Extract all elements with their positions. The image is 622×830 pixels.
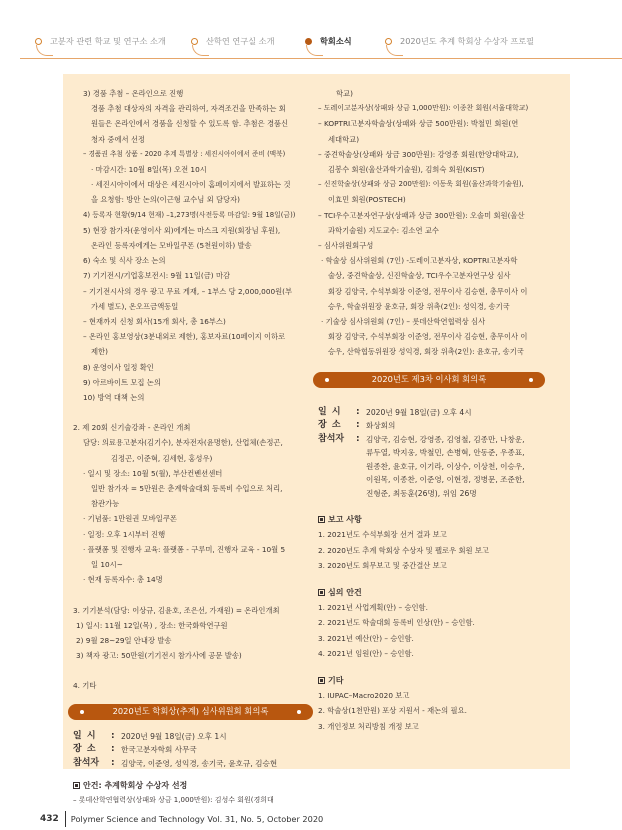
text-line: 김정곤, 이준혁, 김세현, 홍성우) — [73, 451, 313, 466]
square-bullet-icon — [73, 782, 80, 789]
text-line: 승우, 학술위원장 윤호규, 회장 위촉(2인): 성익경, 송기국 — [318, 299, 558, 314]
meta-label: 일 시 — [73, 730, 111, 744]
text-line: – 온라인 홍보영상(3분내외로 제한), 홍보자료(10페이지 이하로 — [73, 329, 313, 344]
text-line: 술상, 중견학술상, 신진학술상, TCI우수고분자연구상 심사 — [318, 268, 558, 283]
list-item: 1. 2021년 사업계획(안) – 승인함. — [318, 600, 558, 615]
nav-item-institutes[interactable]: 고분자 관련 학교 및 연구소 소개 — [35, 36, 166, 47]
text-line: 3. 기기분석(담당: 이상규, 김윤호, 조은선, 가재원) = 온라인개최 — [73, 603, 313, 618]
square-bullet-icon — [318, 589, 325, 596]
journal-citation: Polymer Science and Technology Vol. 31, … — [71, 814, 323, 824]
meeting-attendees: 참석자 : 김양국, 이준영, 성익경, 송기국, 윤호규, 김승현 — [73, 757, 313, 771]
meeting-date: 일 시 : 2020년 9월 18일(금) 오후 4시 — [318, 406, 558, 420]
list-item: 2. 2020년도 추계 학회상 수상자 및 펠로우 회원 보고 — [318, 543, 558, 558]
section-heading-agenda: 심의 안건 — [318, 585, 558, 600]
text-line: 제한) — [73, 344, 313, 359]
text-line: 9) 아르바이트 모집 논의 — [73, 375, 313, 390]
section-title: 보고 사항 — [328, 512, 362, 527]
text-line: 을 요청함: 방안 논의(이근형 교수님 외 담당자) — [73, 192, 313, 207]
text-line: – 도레이고분자상(상패와 상금 1,000만원): 이종찬 회원(서울대학교) — [318, 101, 558, 116]
meta-value: 화상회의 — [366, 419, 395, 433]
list-item: 4. 2021년 임원(안) – 승인함. — [318, 646, 558, 661]
meta-label: 참석자 — [318, 433, 356, 501]
text-line: 8) 운영이사 일정 확인 — [73, 360, 313, 375]
nav-connector-icon — [386, 45, 403, 56]
attendee-line: 진형준, 최동훈(26명), 위임 26명 — [366, 487, 525, 501]
list-item: 3. 개인정보 처리방침 개정 보고 — [318, 719, 558, 734]
text-line: 담당: 의료용고분자(김기수), 분자전자(윤명한), 산업체(손정곤, — [73, 435, 313, 450]
text-line: 6) 숙소 및 식사 장소 논의 — [73, 253, 313, 268]
text-line: 3) 책자 광고: 50만원(기기전시 참가사에 공문 발송) — [73, 648, 313, 663]
meta-label: 일 시 — [318, 406, 356, 420]
text-line: · 학술상 심사위원회 (7인) -도레이고분자상, KOPTRI고분자학 — [318, 253, 558, 268]
attendee-line: 원종찬, 윤호규, 이기라, 이상수, 이상천, 이승우, — [366, 460, 525, 474]
section-heading-other: 기타 — [318, 673, 558, 688]
text-line: – 현재까지 신청 회사(15개 회사, 총 16부스) — [73, 314, 313, 329]
text-line: 1) 일시: 11월 12일(목) , 장소: 한국화학연구원 — [73, 618, 313, 633]
text-line: 경품 추첨 대상자의 자격을 관리하여, 자격조건을 만족하는 회 — [73, 101, 313, 116]
nav-label: 산학연 연구실 소개 — [206, 36, 274, 47]
text-line: 학교) — [318, 86, 558, 101]
nav-bullet-icon — [35, 38, 42, 45]
text-line: 청자 중에서 선정 — [73, 132, 313, 147]
text-line: 5) 현장 참가자(운영이사 외)에게는 마스크 지원(회장님 후원), — [73, 223, 313, 238]
text-line: – 심사위원회구성 — [318, 238, 558, 253]
text-line: 회장 김양국, 수석부회장 이준영, 전무이사 김승현, 총무이사 이 — [318, 284, 558, 299]
meta-value: 한국고분자학회 사무국 — [121, 743, 197, 757]
nav-label: 고분자 관련 학교 및 연구소 소개 — [50, 36, 166, 47]
list-item: 3. 2021년 예산(안) – 승인함. — [318, 631, 558, 646]
list-item: 2. 2021년도 학술대회 등록비 인상(안) – 승인함. — [318, 615, 558, 630]
text-line: 회장 김양국, 수석부회장 이준영, 전무이사 김승현, 총무이사 이 — [318, 329, 558, 344]
list-item: 3. 2020년도 회무보고 및 중간결산 보고 — [318, 558, 558, 573]
text-line: – 신진학술상(상패와 상금 200만원): 이동욱 회원(울산과학기술원), — [318, 177, 558, 192]
committee-minutes-banner: 2020년도 학회상(추계) 심사위원회 회의록 — [68, 704, 313, 720]
meta-label: 장 소 — [73, 743, 111, 757]
page-footer: 432 Polymer Science and Technology Vol. … — [40, 811, 323, 827]
attendee-line: 김양국, 김승현, 강영종, 김영철, 김종만, 나창운, — [366, 433, 525, 447]
text-line: 2. 제 20회 신기술강좌 - 온라인 개최 — [73, 420, 313, 435]
text-line: – 기기전시사의 경우 광고 무료 게재, – 1부스 당 2,000,000원… — [73, 284, 313, 299]
text-line: 이효민 회원(POSTECH) — [318, 192, 558, 207]
text-line: 4) 등록자 현황(9/14 현재) –1,273명(사전등록 마감일: 9월 … — [73, 208, 313, 223]
banner-title: 2020년도 학회상(추계) 심사위원회 회의록 — [113, 704, 269, 719]
nav-bullet-icon — [191, 38, 198, 45]
list-item: 1. IUPAC–Macro2020 보고 — [318, 688, 558, 703]
meeting-attendees: 참석자 : 김양국, 김승현, 강영종, 김영철, 김종만, 나창운, 류두열,… — [318, 433, 558, 501]
footer-divider — [65, 811, 66, 827]
text-line: · 기술상 심사위원회 (7인) – 롯데산학연협력상 심사 — [318, 314, 558, 329]
text-line: 4. 기타 — [73, 678, 313, 693]
square-bullet-icon — [318, 677, 325, 684]
text-line: 일 10시~ — [73, 557, 313, 572]
meta-label: 참석자 — [73, 757, 111, 771]
nav-item-award-profiles[interactable]: 2020년도 추계 학회상 수상자 프로필 — [385, 36, 534, 47]
list-item: 2. 학술상(1천만원) 포상 지원서 - 재논의 필요. — [318, 703, 558, 718]
nav-label: 학회소식 — [320, 36, 352, 47]
text-line: · 일정: 오후 1시부터 진행 — [73, 527, 313, 542]
text-line: · 일시 및 장소: 10월 5(월), 부산컨벤션센터 — [73, 466, 313, 481]
bullet-icon — [80, 710, 84, 714]
square-bullet-icon — [318, 516, 325, 523]
nav-label: 2020년도 추계 학회상 수상자 프로필 — [400, 36, 534, 47]
section-title: 안건: 추계학회상 수상자 선정 — [83, 778, 187, 793]
text-line: – TCI우수고분자연구상(상패과 상금 300만원): 오솔미 회원(울산 — [318, 208, 558, 223]
meta-value: 김양국, 이준영, 성익경, 송기국, 윤호규, 김승현 — [121, 757, 277, 771]
text-line: · 플랫폼 및 진행자 교육: 플랫폼 - 구루미, 진행자 교육 - 10월 … — [73, 542, 313, 557]
text-line: 원들은 온라인에서 경품을 신청할 수 있도록 함. 추첨은 경품신 — [73, 116, 313, 131]
page-number: 432 — [40, 814, 59, 824]
text-line: 참관가능 — [73, 496, 313, 511]
left-column: 3) 경품 추첨 – 온라인으로 진행 경품 추첨 대상자의 자격을 관리하여,… — [73, 86, 313, 808]
attendee-list: 김양국, 김승현, 강영종, 김영철, 김종만, 나창운, 류두열, 박지웅, … — [366, 433, 525, 501]
text-line: 승우, 산학협동위원장 성익경, 회장 위촉(2인): 윤호규, 송기국 — [318, 344, 558, 359]
text-line: 10) 방역 대책 논의 — [73, 390, 313, 405]
text-line: · 마감시간: 10월 8일(목) 오전 10시 — [73, 162, 313, 177]
text-line: 세대학교) — [318, 132, 558, 147]
text-line: · 현재 등록자수: 총 14명 — [73, 572, 313, 587]
board-minutes-banner: 2020년도 제3차 이사회 회의록 — [313, 372, 545, 388]
top-navigation: 고분자 관련 학교 및 연구소 소개 산학연 연구실 소개 학회소식 2020년… — [0, 30, 622, 60]
nav-bullet-active-icon — [305, 38, 312, 45]
agenda-heading: 안건: 추계학회상 수상자 선정 — [73, 778, 313, 793]
text-line: 7) 기기전시/기업홍보전시: 9월 11일(금) 마감 — [73, 268, 313, 283]
banner-title: 2020년도 제3차 이사회 회의록 — [372, 372, 486, 387]
attendee-line: 류두열, 박지웅, 박철민, 손병혁, 안동준, 우종표, — [366, 446, 525, 460]
section-heading-reports: 보고 사항 — [318, 512, 558, 527]
text-line: 김봉수 회원(울산과학기술원), 김희숙 회원(KIST) — [318, 162, 558, 177]
text-line: – 경품권 추첨 상품 - 2020 추계 특별상 : 세진시아이에서 준비 (… — [73, 147, 313, 162]
right-column: 학교) – 도레이고분자상(상패와 상금 1,000만원): 이종찬 회원(서울… — [318, 86, 558, 734]
nav-bullet-icon — [385, 38, 392, 45]
text-line: 2) 9월 28~29일 안내장 발송 — [73, 633, 313, 648]
section-title: 기타 — [328, 673, 343, 688]
text-line: 일반 참가자 = 5만원은 춘계학술대회 등록비 수입으로 처리, — [73, 481, 313, 496]
nav-divider — [20, 58, 622, 59]
nav-connector-icon — [36, 45, 53, 56]
text-line: 3) 경품 추첨 – 온라인으로 진행 — [73, 86, 313, 101]
list-item: 1. 2021년도 수석부회장 선거 결과 보고 — [318, 527, 558, 542]
bullet-icon — [297, 710, 301, 714]
text-line: · 세진시아이에서 대상은 세진시아이 홈페이지에서 발표하는 것 — [73, 177, 313, 192]
attendee-line: 이원목, 이종찬, 이준영, 이현정, 정병문, 조준한, — [366, 473, 525, 487]
bullet-icon — [529, 378, 533, 382]
text-line: · 기념품: 1만원권 모바일쿠폰 — [73, 511, 313, 526]
text-line: 온라인 등록자에게는 모바일쿠폰 (5천원이하) 발송 — [73, 238, 313, 253]
nav-connector-icon — [306, 45, 323, 56]
section-title: 심의 안건 — [328, 585, 362, 600]
meta-label: 장 소 — [318, 419, 356, 433]
text-line: – 롯데산학연협력상(상패와 상금 1,000만원): 김성수 회원(경희대 — [73, 793, 313, 808]
text-line: – 중견학술상(상패와 상금 300만원): 강영종 회원(한양대학교), — [318, 147, 558, 162]
text-line: 과학기술원) 지도교수: 김소연 교수 — [318, 223, 558, 238]
meta-value: 2020년 9월 18일(금) 오후 1시 — [121, 730, 227, 744]
text-line: – KOPTRI고분자학술상(상패와 상금 500만원): 박철민 회원(연 — [318, 116, 558, 131]
meeting-place: 장 소 : 한국고분자학회 사무국 — [73, 743, 313, 757]
text-line: 가세 별도), 온오프금액동일 — [73, 299, 313, 314]
meta-value: 2020년 9월 18일(금) 오후 4시 — [366, 406, 472, 420]
meeting-date: 일 시 : 2020년 9월 18일(금) 오후 1시 — [73, 730, 313, 744]
meeting-place: 장 소 : 화상회의 — [318, 419, 558, 433]
nav-connector-icon — [192, 45, 209, 56]
bullet-icon — [325, 378, 329, 382]
